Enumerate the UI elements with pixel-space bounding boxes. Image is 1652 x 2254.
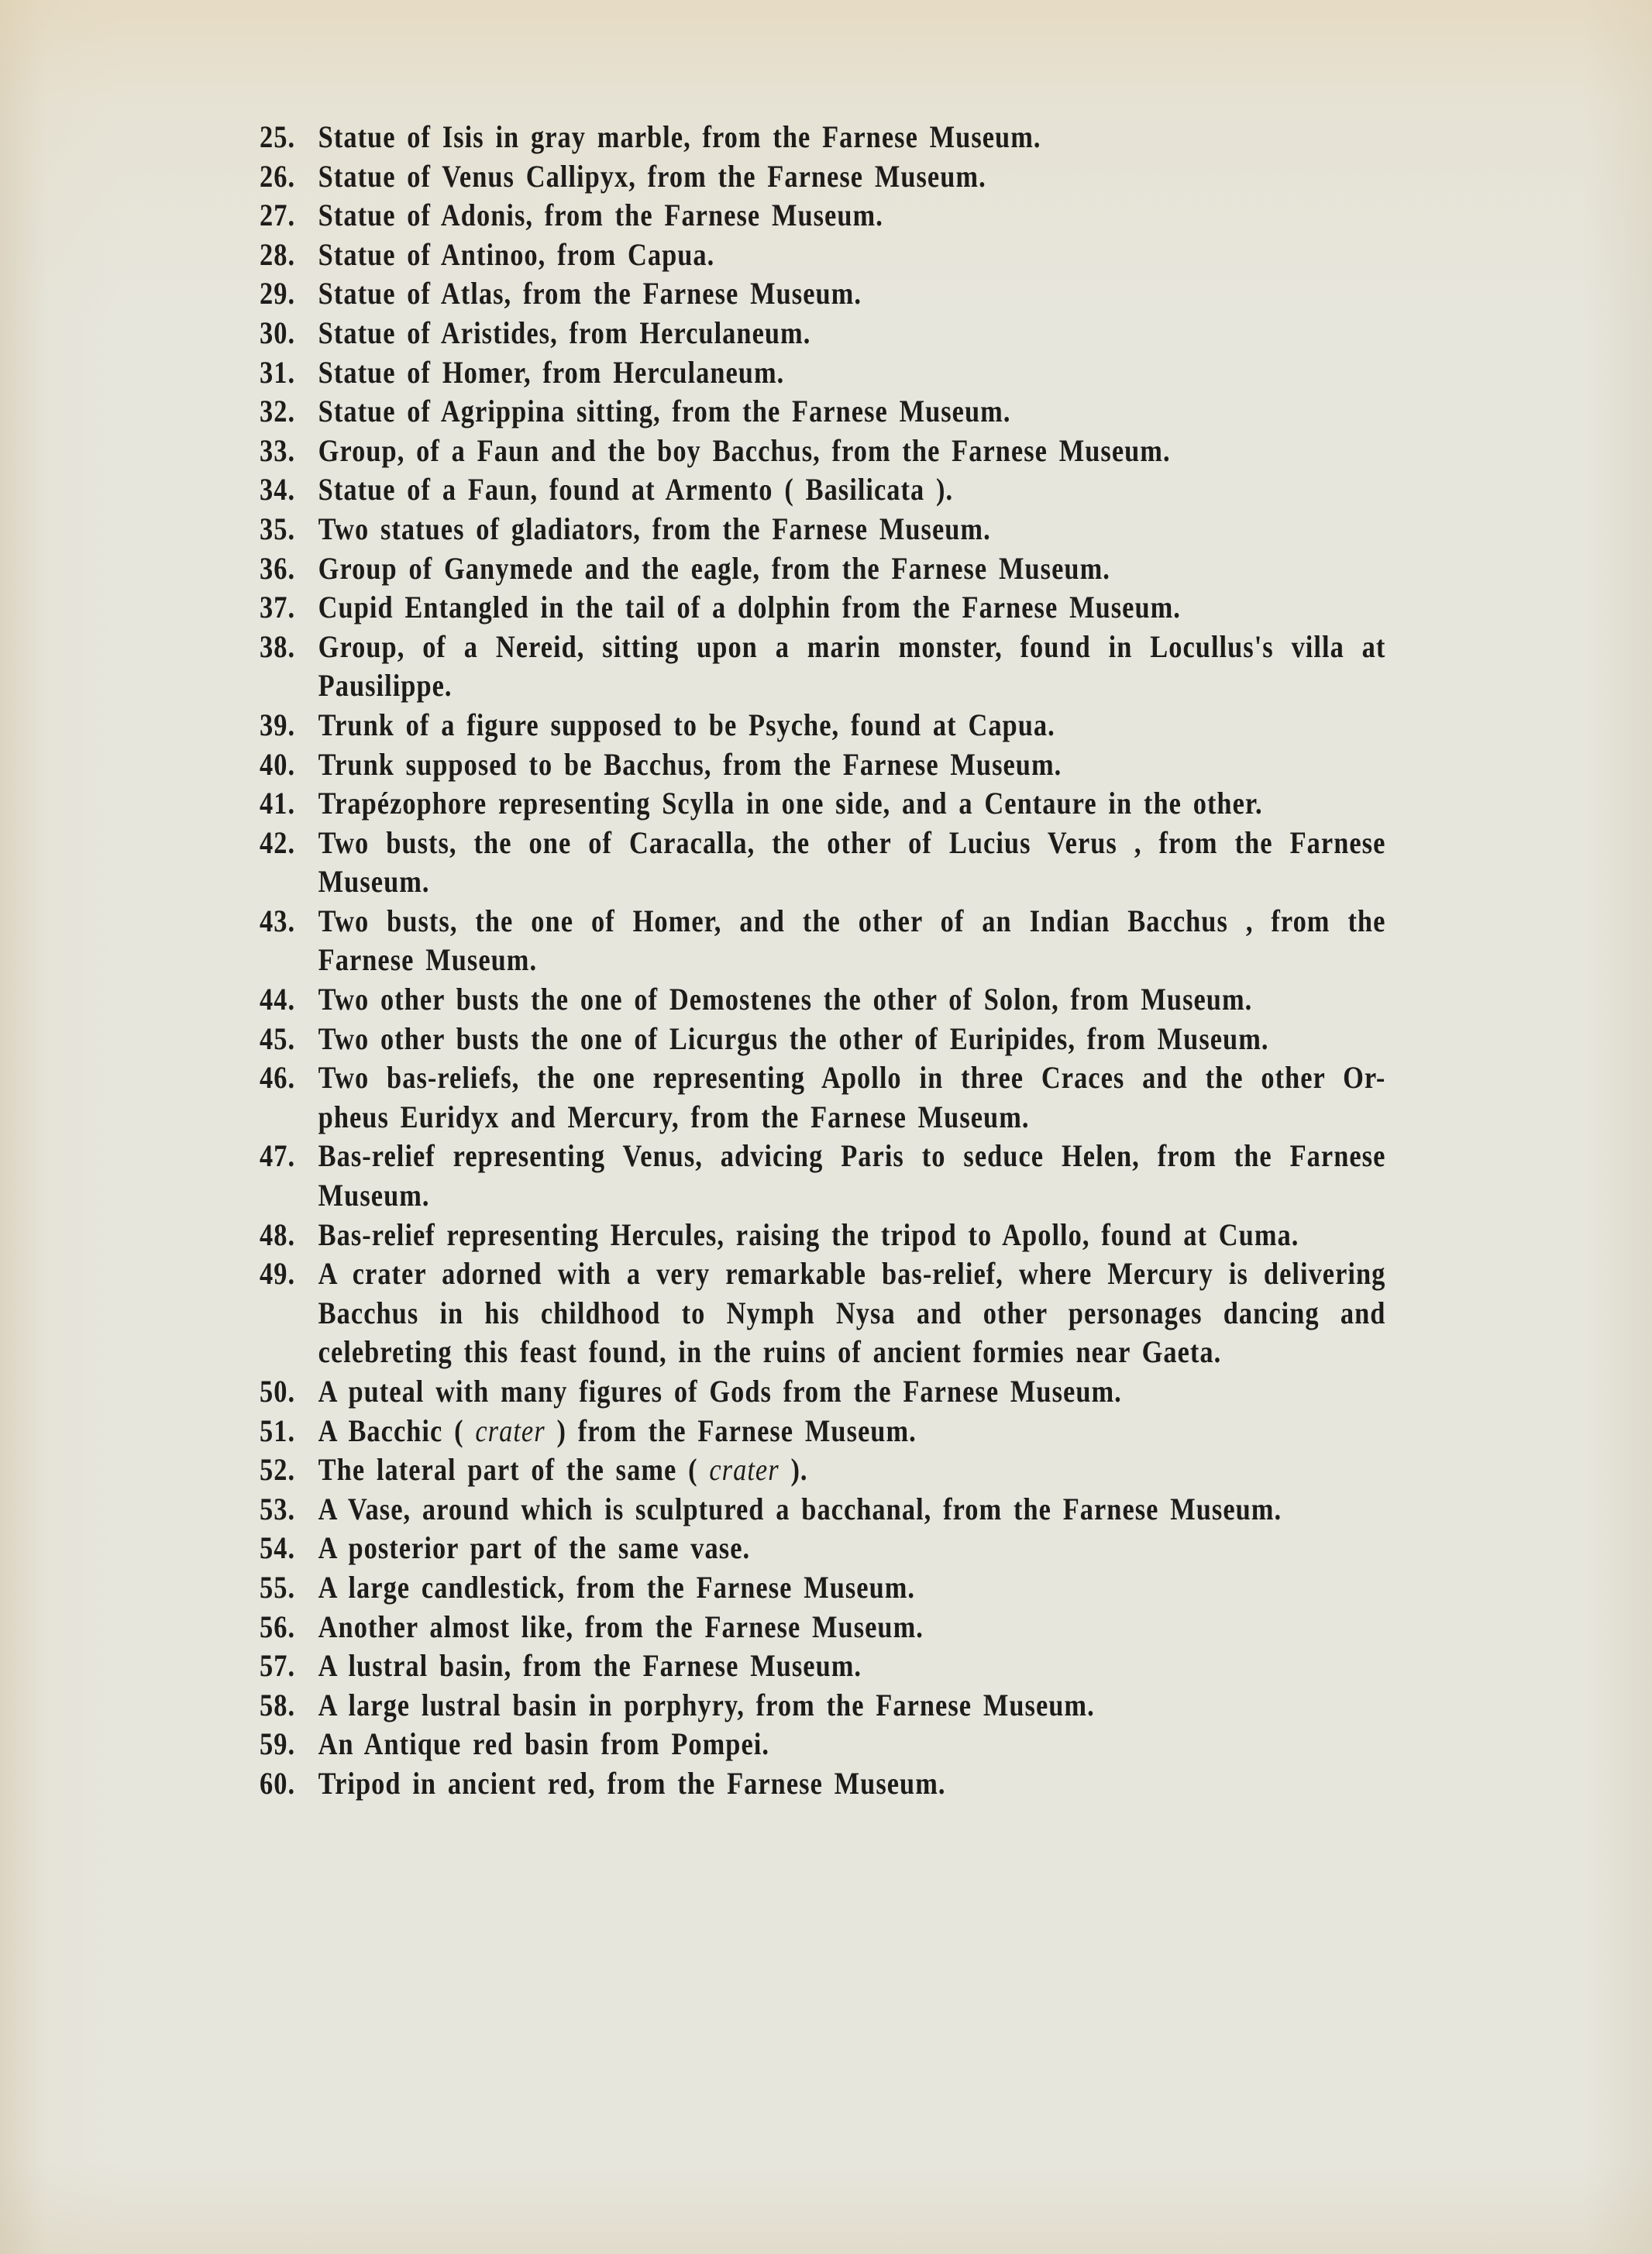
item-text: Statue of a Faun, found at Armento ( Bas… xyxy=(318,472,953,507)
list-item: 25.Statue of Isis in gray marble, from t… xyxy=(260,118,1385,157)
list-item: 42.Two busts, the one of Caracalla, the … xyxy=(260,824,1385,902)
list-item: 34.Statue of a Faun, found at Armento ( … xyxy=(260,470,1385,510)
item-text: Group of Ganymede and the eagle, from th… xyxy=(318,551,1110,586)
item-number: 60. xyxy=(260,1764,318,1804)
list-item: 37.Cupid Entangled in the tail of a dolp… xyxy=(260,588,1385,628)
list-item: 33.Group, of a Faun and the boy Bacchus,… xyxy=(260,432,1385,471)
item-text: Statue of Venus Callipyx, from the Farne… xyxy=(318,159,986,194)
list-item: 46.Two bas-reliefs, the one representing… xyxy=(260,1058,1385,1137)
list-item: 57.A lustral basin, from the Farnese Mus… xyxy=(260,1647,1385,1686)
item-text: Two other busts the one of Licurgus the … xyxy=(318,1021,1269,1056)
item-number: 32. xyxy=(260,392,318,432)
item-text-continuation: Pausilippe. xyxy=(260,666,1385,706)
item-number: 34. xyxy=(260,470,318,510)
item-text: A puteal with many figures of Gods from … xyxy=(318,1374,1122,1409)
item-number: 28. xyxy=(260,236,318,275)
list-item: 39.Trunk of a figure supposed to be Psyc… xyxy=(260,706,1385,745)
item-text: Two busts, the one of Homer, and the oth… xyxy=(318,903,1386,938)
item-number: 36. xyxy=(260,549,318,589)
item-text: Tripod in ancient red, from the Farnese … xyxy=(318,1766,946,1801)
item-text: A lustral basin, from the Farnese Museum… xyxy=(318,1648,862,1683)
item-number: 48. xyxy=(260,1216,318,1255)
list-item: 38.Group, of a Nereid, sitting upon a ma… xyxy=(260,628,1385,706)
item-text: Two bas-reliefs, the one representing Ap… xyxy=(318,1060,1386,1095)
item-text: Statue of Isis in gray marble, from the … xyxy=(318,119,1041,154)
item-text-continuation: pheus Euridyx and Mercury, from the Farn… xyxy=(260,1098,1385,1137)
item-number: 46. xyxy=(260,1058,318,1098)
list-item: 31.Statue of Homer, from Herculaneum. xyxy=(260,353,1385,393)
item-number: 59. xyxy=(260,1725,318,1764)
list-item: 35.Two statues of gladiators, from the F… xyxy=(260,510,1385,549)
list-item: 60.Tripod in ancient red, from the Farne… xyxy=(260,1764,1385,1804)
list-item: 48.Bas-relief representing Hercules, rai… xyxy=(260,1216,1385,1255)
item-text: Trapézophore representing Scylla in one … xyxy=(318,786,1263,821)
list-item: 36.Group of Ganymede and the eagle, from… xyxy=(260,549,1385,589)
list-item: 53.A Vase, around which is sculptured a … xyxy=(260,1490,1385,1530)
item-number: 49. xyxy=(260,1254,318,1294)
item-text: Trunk supposed to be Bacchus, from the F… xyxy=(318,747,1062,782)
list-item: 51.A Bacchic ( crater ) from the Farnese… xyxy=(260,1412,1385,1451)
list-item: 26.Statue of Venus Callipyx, from the Fa… xyxy=(260,157,1385,197)
item-text: Statue of Adonis, from the Farnese Museu… xyxy=(318,198,883,232)
list-item: 56.Another almost like, from the Farnese… xyxy=(260,1608,1385,1647)
book-page: 25.Statue of Isis in gray marble, from t… xyxy=(0,0,1652,2254)
item-number: 37. xyxy=(260,588,318,628)
item-text: A posterior part of the same vase. xyxy=(318,1530,750,1565)
item-text: Statue of Antinoo, from Capua. xyxy=(318,237,715,272)
item-number: 42. xyxy=(260,824,318,863)
item-number: 27. xyxy=(260,196,318,236)
item-text-continuation: celebreting this feast found, in the rui… xyxy=(260,1333,1385,1372)
item-text-continuation: Farnese Museum. xyxy=(260,941,1385,980)
item-number: 47. xyxy=(260,1137,318,1176)
list-item: 40.Trunk supposed to be Bacchus, from th… xyxy=(260,745,1385,785)
item-text: Two busts, the one of Caracalla, the oth… xyxy=(318,825,1386,860)
item-text: Bas-relief representing Hercules, raisin… xyxy=(318,1217,1299,1252)
item-text: A Bacchic ( crater ) from the Farnese Mu… xyxy=(318,1413,917,1448)
item-number: 57. xyxy=(260,1647,318,1686)
item-number: 33. xyxy=(260,432,318,471)
item-number: 39. xyxy=(260,706,318,745)
catalogue-list: 25.Statue of Isis in gray marble, from t… xyxy=(260,118,1569,1804)
item-number: 51. xyxy=(260,1412,318,1451)
list-item: 27.Statue of Adonis, from the Farnese Mu… xyxy=(260,196,1385,236)
item-number: 50. xyxy=(260,1372,318,1412)
list-item: 28.Statue of Antinoo, from Capua. xyxy=(260,236,1385,275)
item-number: 30. xyxy=(260,314,318,353)
item-text-continuation: Museum. xyxy=(260,1176,1385,1216)
list-item: 49.A crater adorned with a very remarkab… xyxy=(260,1254,1385,1372)
item-text: Statue of Aristides, from Herculaneum. xyxy=(318,315,811,350)
item-text: Group, of a Nereid, sitting upon a marin… xyxy=(318,629,1386,664)
item-number: 31. xyxy=(260,353,318,393)
item-number: 53. xyxy=(260,1490,318,1530)
item-text: A large candlestick, from the Farnese Mu… xyxy=(318,1570,915,1605)
list-item: 29.Statue of Atlas, from the Farnese Mus… xyxy=(260,274,1385,314)
item-number: 58. xyxy=(260,1686,318,1726)
item-text: Statue of Atlas, from the Farnese Museum… xyxy=(318,276,862,311)
item-number: 38. xyxy=(260,628,318,667)
list-item: 58.A large lustral basin in porphyry, fr… xyxy=(260,1686,1385,1726)
item-text-continuation: Bacchus in his childhood to Nymph Nysa a… xyxy=(260,1294,1385,1333)
item-number: 41. xyxy=(260,784,318,824)
italic-term: crater xyxy=(709,1452,779,1487)
item-text: Another almost like, from the Farnese Mu… xyxy=(318,1609,924,1644)
list-item: 59.An Antique red basin from Pompei. xyxy=(260,1725,1385,1764)
item-text: Trunk of a figure supposed to be Psyche,… xyxy=(318,707,1055,742)
item-number: 29. xyxy=(260,274,318,314)
item-text: Two other busts the one of Demostenes th… xyxy=(318,982,1253,1017)
list-item: 41.Trapézophore representing Scylla in o… xyxy=(260,784,1385,824)
list-item: 30.Statue of Aristides, from Herculaneum… xyxy=(260,314,1385,353)
item-number: 55. xyxy=(260,1568,318,1608)
item-text: Statue of Agrippina sitting, from the Fa… xyxy=(318,394,1011,428)
list-item: 50.A puteal with many figures of Gods fr… xyxy=(260,1372,1385,1412)
item-number: 44. xyxy=(260,980,318,1020)
item-text: The lateral part of the same ( crater ). xyxy=(318,1452,808,1487)
item-text: A large lustral basin in porphyry, from … xyxy=(318,1688,1095,1722)
list-item: 32.Statue of Agrippina sitting, from the… xyxy=(260,392,1385,432)
item-text: An Antique red basin from Pompei. xyxy=(318,1726,769,1761)
list-item: 44.Two other busts the one of Demostenes… xyxy=(260,980,1385,1020)
item-number: 56. xyxy=(260,1608,318,1647)
item-text: Two statues of gladiators, from the Farn… xyxy=(318,511,991,546)
item-number: 45. xyxy=(260,1020,318,1059)
list-item: 54.A posterior part of the same vase. xyxy=(260,1529,1385,1568)
item-number: 26. xyxy=(260,157,318,197)
item-text: A Vase, around which is sculptured a bac… xyxy=(318,1492,1282,1526)
item-number: 35. xyxy=(260,510,318,549)
item-number: 52. xyxy=(260,1450,318,1490)
list-item: 47.Bas-relief representing Venus, advici… xyxy=(260,1137,1385,1215)
italic-term: crater xyxy=(475,1413,545,1448)
item-text: Bas-relief representing Venus, advicing … xyxy=(318,1138,1386,1173)
list-item: 45.Two other busts the one of Licurgus t… xyxy=(260,1020,1385,1059)
item-number: 54. xyxy=(260,1529,318,1568)
item-text: Group, of a Faun and the boy Bacchus, fr… xyxy=(318,433,1171,468)
item-text: Cupid Entangled in the tail of a dolphin… xyxy=(318,590,1181,625)
item-number: 25. xyxy=(260,118,318,157)
item-number: 43. xyxy=(260,902,318,941)
item-text: Statue of Homer, from Herculaneum. xyxy=(318,355,785,390)
item-text-continuation: Museum. xyxy=(260,862,1385,902)
list-item: 52.The lateral part of the same ( crater… xyxy=(260,1450,1385,1490)
list-item: 55.A large candlestick, from the Farnese… xyxy=(260,1568,1385,1608)
item-number: 40. xyxy=(260,745,318,785)
list-item: 43.Two busts, the one of Homer, and the … xyxy=(260,902,1385,980)
item-text: A crater adorned with a very remarkable … xyxy=(318,1256,1386,1291)
